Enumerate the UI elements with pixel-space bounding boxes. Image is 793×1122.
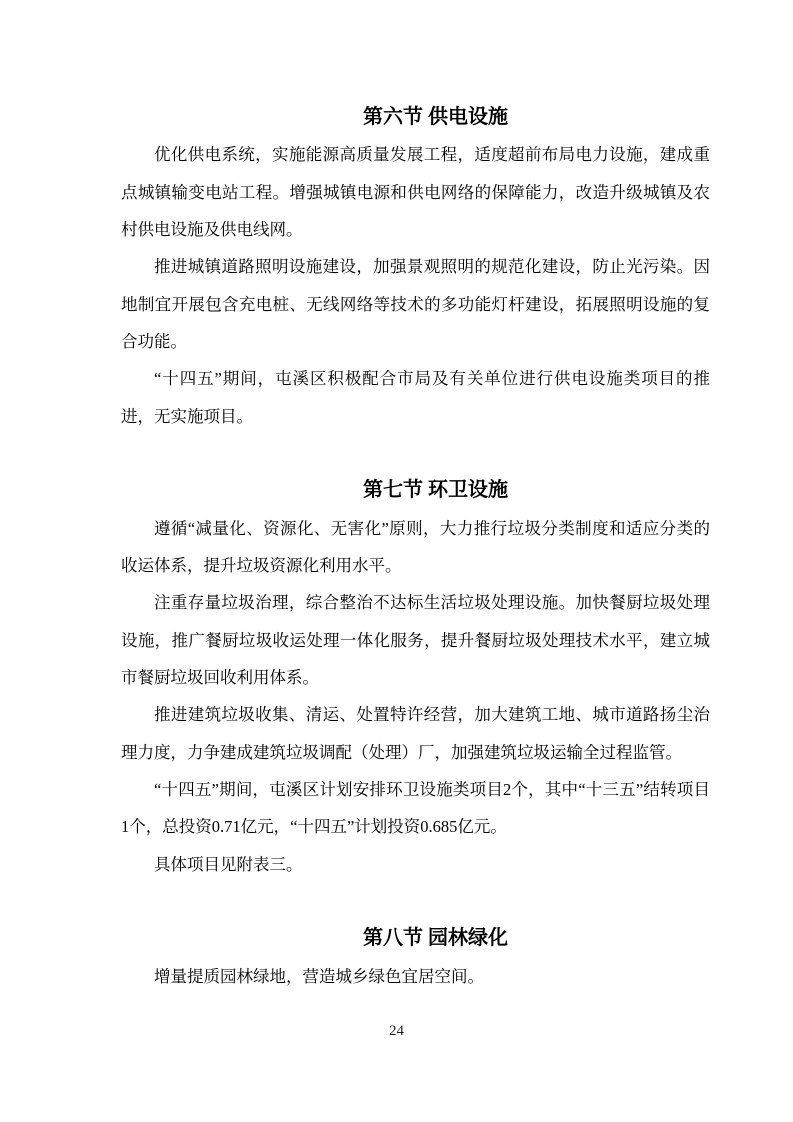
section-title: 第六节 供电设施 (121, 99, 710, 136)
page-number: 24 (0, 1022, 793, 1040)
paragraph: 增量提质园林绿地，营造城乡绿色宜居空间。 (121, 958, 710, 995)
document-content: 第六节 供电设施 优化供电系统，实施能源高质量发展工程，适度超前布局电力设施，建… (121, 99, 710, 995)
paragraph: “十四五”期间，屯溪区积极配合市局及有关单位进行供电设施类项目的推进，无实施项目… (121, 360, 710, 435)
paragraph: 注重存量垃圾治理，综合整治不达标生活垃圾处理设施。加快餐厨垃圾处理设施，推广餐厨… (121, 584, 710, 696)
section-landscaping: 第八节 园林绿化 增量提质园林绿地，营造城乡绿色宜居空间。 (121, 920, 710, 995)
section-sanitation-facilities: 第七节 环卫设施 遵循“减量化、资源化、无害化”原则，大力推行垃圾分类制度和适应… (121, 472, 710, 883)
section-title: 第七节 环卫设施 (121, 472, 710, 509)
paragraph: “十四五”期间，屯溪区计划安排环卫设施类项目2个，其中“十三五”结转项目1个，总… (121, 771, 710, 846)
document-page: 第六节 供电设施 优化供电系统，实施能源高质量发展工程，适度超前布局电力设施，建… (0, 0, 793, 1122)
section-power-supply-facilities: 第六节 供电设施 优化供电系统，实施能源高质量发展工程，适度超前布局电力设施，建… (121, 99, 710, 435)
paragraph: 优化供电系统，实施能源高质量发展工程，适度超前布局电力设施，建成重点城镇输变电站… (121, 136, 710, 248)
paragraph: 推进城镇道路照明设施建设，加强景观照明的规范化建设，防止光污染。因地制宜开展包含… (121, 248, 710, 360)
paragraph: 推进建筑垃圾收集、清运、处置特许经营，加大建筑工地、城市道路扬尘治理力度，力争建… (121, 696, 710, 771)
section-title: 第八节 园林绿化 (121, 920, 710, 957)
paragraph: 具体项目见附表三。 (121, 846, 710, 883)
paragraph: 遵循“减量化、资源化、无害化”原则，大力推行垃圾分类制度和适应分类的收运体系，提… (121, 510, 710, 585)
